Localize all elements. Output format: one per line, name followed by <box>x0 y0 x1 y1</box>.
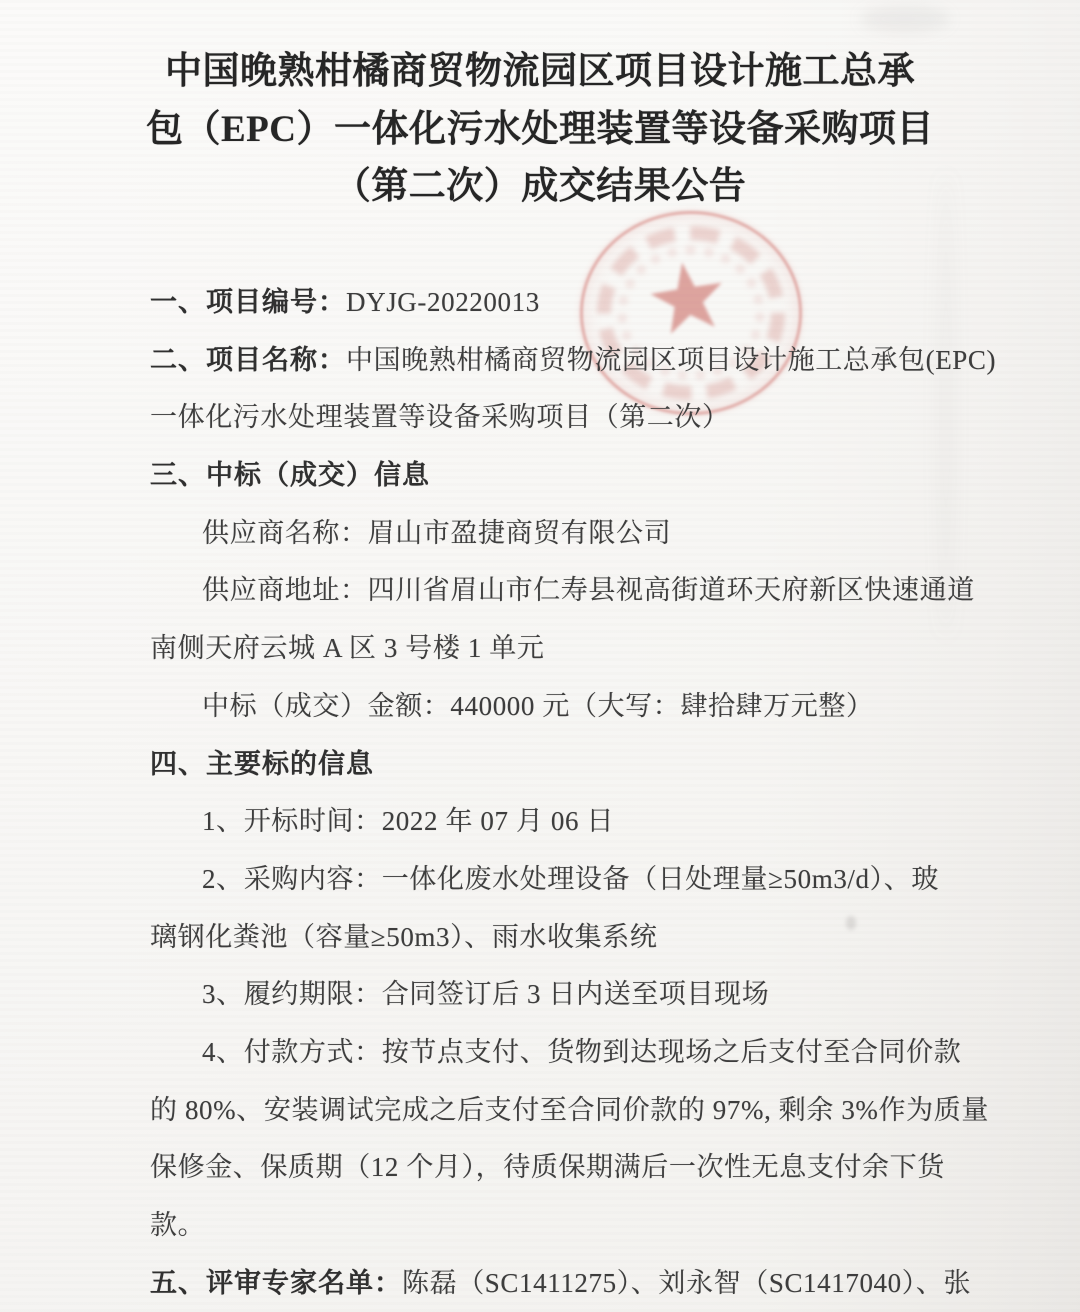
document-line: 1、开标时间：2022 年 07 月 06 日 <box>150 793 950 851</box>
title-line-2: 包（EPC）一体化污水处理装置等设备采购项目 <box>0 101 1080 159</box>
document-page: 中国晚熟柑橘商贸物流园区项目设计施工总承 包（EPC）一体化污水处理装置等设备采… <box>0 0 1080 1312</box>
title-line-3: （第二次）成交结果公告 <box>0 158 1080 216</box>
body-text: 璃钢化粪池（容量≥50m3）、雨水收集系统 <box>150 922 657 952</box>
body-text: DYJG-20220013 <box>346 287 540 317</box>
body-text: 陈磊（SC1411275）、刘永智（SC1417040）、张 <box>402 1268 971 1298</box>
document-line: 璃钢化粪池（容量≥50m3）、雨水收集系统 <box>150 909 950 967</box>
section-heading-label: 三、中标（成交）信息 <box>150 460 430 491</box>
document-line: 保修金、保质期（12 个月），待质保期满后一次性无息支付余下货 <box>150 1139 950 1197</box>
document-line: 中标（成交）金额：440000 元（大写：肆拾肆万元整） <box>150 678 950 736</box>
document-line: 4、付款方式：按节点支付、货物到达现场之后支付至合同价款 <box>150 1024 950 1082</box>
body-text: 的 80%、安装调试完成之后支付至合同价款的 97%, 剩余 3%作为质量 <box>150 1095 989 1125</box>
body-text: 供应商名称：眉山市盈捷商贸有限公司 <box>202 518 671 548</box>
section-heading-label: 五、评审专家名单： <box>150 1268 402 1299</box>
body-text: 2、采购内容：一体化废水处理设备（日处理量≥50m3/d）、玻 <box>202 864 939 894</box>
document-line: 的 80%、安装调试完成之后支付至合同价款的 97%, 剩余 3%作为质量 <box>150 1082 950 1140</box>
body-text: 款。 <box>150 1210 205 1240</box>
body-text: 供应商地址：四川省眉山市仁寿县视高街道环天府新区快速通道 <box>202 575 975 605</box>
body-text: 中国晚熟柑橘商贸物流园区项目设计施工总承包(EPC) <box>346 345 996 375</box>
document-line: 一、项目编号：DYJG-20220013 <box>150 274 950 332</box>
document-line: 四、主要标的信息 <box>150 736 950 794</box>
document-line: 3、履约期限：合同签订后 3 日内送至项目现场 <box>150 966 950 1024</box>
document-line: 一体化污水处理装置等设备采购项目（第二次） <box>150 389 950 447</box>
body-text: 南侧天府云城 A 区 3 号楼 1 单元 <box>150 633 545 663</box>
section-heading-label: 四、主要标的信息 <box>150 749 374 780</box>
body-text: 3、履约期限：合同签订后 3 日内送至项目现场 <box>202 979 769 1009</box>
document-body: 一、项目编号：DYJG-20220013二、项目名称：中国晚熟柑橘商贸物流园区项… <box>150 274 950 1312</box>
body-text: 中标（成交）金额：440000 元（大写：肆拾肆万元整） <box>202 691 874 721</box>
document-line: 款。 <box>150 1197 950 1255</box>
document-line: 供应商名称：眉山市盈捷商贸有限公司 <box>150 505 950 563</box>
title-line-1: 中国晚熟柑橘商贸物流园区项目设计施工总承 <box>0 43 1080 101</box>
scan-smudge <box>860 6 950 32</box>
body-text: 4、付款方式：按节点支付、货物到达现场之后支付至合同价款 <box>202 1037 961 1067</box>
body-text: 保修金、保质期（12 个月），待质保期满后一次性无息支付余下货 <box>150 1152 945 1182</box>
section-heading-label: 一、项目编号： <box>150 287 346 318</box>
body-text: 1、开标时间：2022 年 07 月 06 日 <box>202 806 614 836</box>
document-line: 五、评审专家名单：陈磊（SC1411275）、刘永智（SC1417040）、张 <box>150 1255 950 1312</box>
document-title: 中国晚熟柑橘商贸物流园区项目设计施工总承 包（EPC）一体化污水处理装置等设备采… <box>0 43 1080 216</box>
section-heading-label: 二、项目名称： <box>150 345 346 376</box>
document-line: 南侧天府云城 A 区 3 号楼 1 单元 <box>150 620 950 678</box>
document-line: 2、采购内容：一体化废水处理设备（日处理量≥50m3/d）、玻 <box>150 851 950 909</box>
document-line: 供应商地址：四川省眉山市仁寿县视高街道环天府新区快速通道 <box>150 562 950 620</box>
document-line: 三、中标（成交）信息 <box>150 447 950 505</box>
document-line: 二、项目名称：中国晚熟柑橘商贸物流园区项目设计施工总承包(EPC) <box>150 332 950 390</box>
body-text: 一体化污水处理装置等设备采购项目（第二次） <box>150 402 730 432</box>
